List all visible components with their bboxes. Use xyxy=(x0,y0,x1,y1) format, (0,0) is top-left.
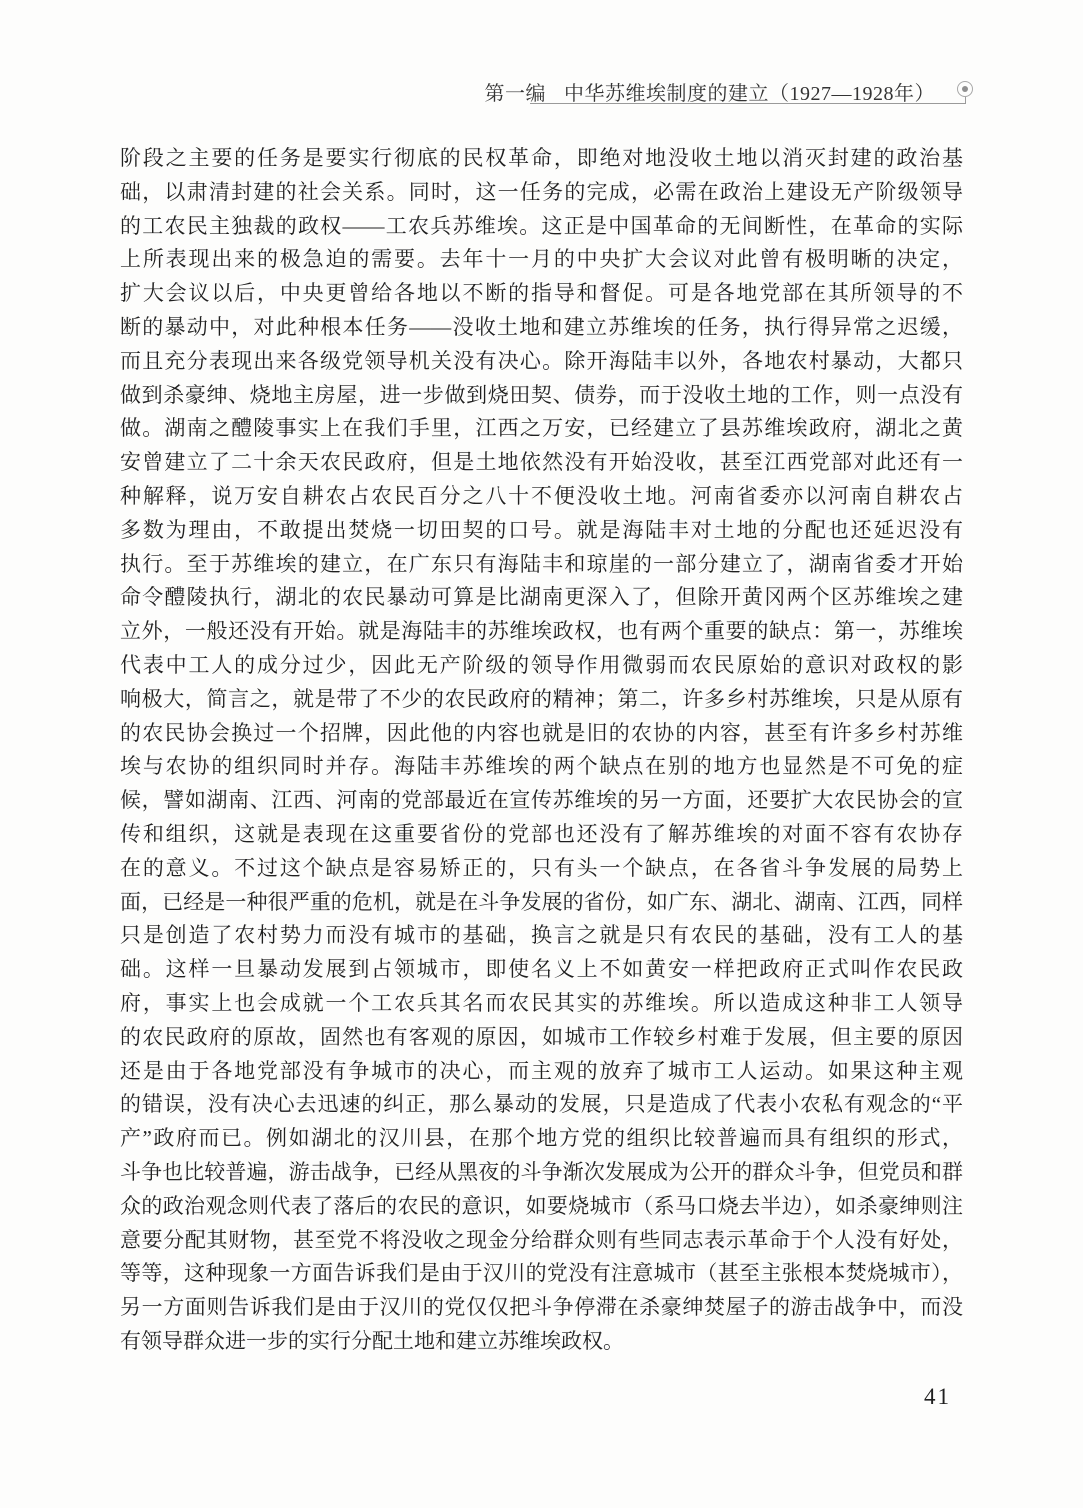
text-line: 础，以肃清封建的社会关系。同时，这一任务的完成，必需在政治上建设无产阶级领导 xyxy=(120,176,963,210)
text-line: 执行。至于苏维埃的建立，在广东只有海陆丰和琼崖的一部分建立了，湖南省委才开始 xyxy=(120,548,963,582)
header-chapter-title: 中华苏维埃制度的建立（1927—1928年） xyxy=(564,83,935,105)
book-page: 第一编中华苏维埃制度的建立（1927—1928年） 阶段之主要的任务是要实行彻底… xyxy=(0,0,1083,1508)
text-line: 众的政治观念则代表了落后的农民的意识，如要烧城市（系马口烧去半边），如杀豪绅则注 xyxy=(120,1190,963,1224)
text-line: 命令醴陵执行，湖北的农民暴动可算是比湖南更深入了，但除开黄冈两个区苏维埃之建 xyxy=(120,581,963,615)
text-line: 立外，一般还没有开始。就是海陆丰的苏维埃政权，也有两个重要的缺点：第一，苏维埃 xyxy=(120,615,963,649)
text-line: 上所表现出来的极急迫的需要。去年十一月的中央扩大会议对此曾有极明晰的决定， xyxy=(120,243,963,277)
text-line: 有领导群众进一步的实行分配土地和建立苏维埃政权。 xyxy=(120,1325,963,1359)
text-line: 础。这样一旦暴动发展到占领城市，即使名义上不如黄安一样把政府正式叫作农民政 xyxy=(120,953,963,987)
text-line: 面，已经是一种很严重的危机，就是在斗争发展的省份，如广东、湖北、湖南、江西，同样 xyxy=(120,886,963,920)
header-section-label: 第一编 xyxy=(485,83,547,105)
text-line: 多数为理由，不敢提出焚烧一切田契的口号。就是海陆丰对土地的分配也还延迟没有 xyxy=(120,514,963,548)
text-line: 响极大，简言之，就是带了不少的农民政府的精神；第二，许多乡村苏维埃，只是从原有 xyxy=(120,683,963,717)
bullseye-dot xyxy=(962,86,968,92)
text-line: 代表中工人的成分过少，因此无产阶级的领导作用微弱而农民原始的意识对政权的影 xyxy=(120,649,963,683)
text-line: 候，譬如湖南、江西、河南的党部最近在宣传苏维埃的另一方面，还要扩大农民协会的宣 xyxy=(120,784,963,818)
text-line: 产”政府而已。例如湖北的汉川县，在那个地方党的组织比较普遍而具有组织的形式， xyxy=(120,1122,963,1156)
page-number: 41 xyxy=(924,1384,951,1410)
text-line: 断的暴动中，对此种根本任务——没收土地和建立苏维埃的任务，执行得异常之迟缓， xyxy=(120,311,963,345)
text-line: 的农民协会换过一个招牌，因此他的内容也就是旧的农协的内容，甚至有许多乡村苏维 xyxy=(120,717,963,751)
text-line: 做。湖南之醴陵事实上在我们手里，江西之万安，已经建立了县苏维埃政府，湖北之黄 xyxy=(120,412,963,446)
text-line: 在的意义。不过这个缺点是容易矫正的，只有头一个缺点，在各省斗争发展的局势上 xyxy=(120,852,963,886)
text-line: 做到杀豪绅、烧地主房屋，进一步做到烧田契、债券，而于没收土地的工作，则一点没有 xyxy=(120,379,963,413)
body-text: 阶段之主要的任务是要实行彻底的民权革命，即绝对地没收土地以消灭封建的政治基础，以… xyxy=(120,142,963,1359)
text-line: 斗争也比较普遍，游击战争，已经从黑夜的斗争渐次发展成为公开的群众斗争，但党员和群 xyxy=(120,1156,963,1190)
text-line: 安曾建立了二十余天农民政府，但是土地依然没有开始没收，甚至江西党部对此还有一 xyxy=(120,446,963,480)
text-line: 等等，这种现象一方面告诉我们是由于汉川的党没有注意城市（甚至主张根本焚烧城市）， xyxy=(120,1257,963,1291)
text-line: 府，事实上也会成就一个工农兵其名而农民其实的苏维埃。所以造成这种非工人领导 xyxy=(120,987,963,1021)
text-line: 另一方面则告诉我们是由于汉川的党仅仅把斗争停滞在杀豪绅焚屋子的游击战争中，而没 xyxy=(120,1291,963,1325)
text-line: 的农民政府的原故，固然也有客观的原因，如城市工作较乡村难于发展，但主要的原因 xyxy=(120,1021,963,1055)
text-line: 埃与农协的组织同时并存。海陆丰苏维埃的两个缺点在别的地方也显然是不可免的症 xyxy=(120,750,963,784)
text-line: 而且充分表现出来各级党领导机关没有决心。除开海陆丰以外，各地农村暴动，大都只 xyxy=(120,345,963,379)
text-line: 阶段之主要的任务是要实行彻底的民权革命，即绝对地没收土地以消灭封建的政治基 xyxy=(120,142,963,176)
text-line: 种解释，说万安自耕农占农民百分之八十不便没收土地。河南省委亦以河南自耕农占 xyxy=(120,480,963,514)
text-line: 还是由于各地党部没有争城市的决心，而主观的放弃了城市工人运动。如果这种主观 xyxy=(120,1055,963,1089)
bullseye-icon xyxy=(957,81,973,97)
text-line: 意要分配其财物，甚至党不将没收之现金分给群众则有些同志表示革命于个人没有好处， xyxy=(120,1224,963,1258)
text-line: 传和组织，这就是表现在这重要省份的党部也还没有了解苏维埃的对面不容有农协存 xyxy=(120,818,963,852)
header-rule-connector xyxy=(965,96,966,104)
text-line: 只是创造了农村势力而没有城市的基础，换言之就是只有农民的基础，没有工人的基 xyxy=(120,919,963,953)
text-line: 扩大会议以后，中央更曾给各地以不断的指导和督促。可是各地党部在其所领导的不 xyxy=(120,277,963,311)
header-rule xyxy=(530,103,966,104)
text-line: 的工农民主独裁的政权——工农兵苏维埃。这正是中国革命的无间断性，在革命的实际 xyxy=(120,210,963,244)
running-header: 第一编中华苏维埃制度的建立（1927—1928年） xyxy=(485,77,936,106)
text-line: 的错误，没有决心去迅速的纠正，那么暴动的发展，只是造成了代表小农私有观念的“平 xyxy=(120,1088,963,1122)
